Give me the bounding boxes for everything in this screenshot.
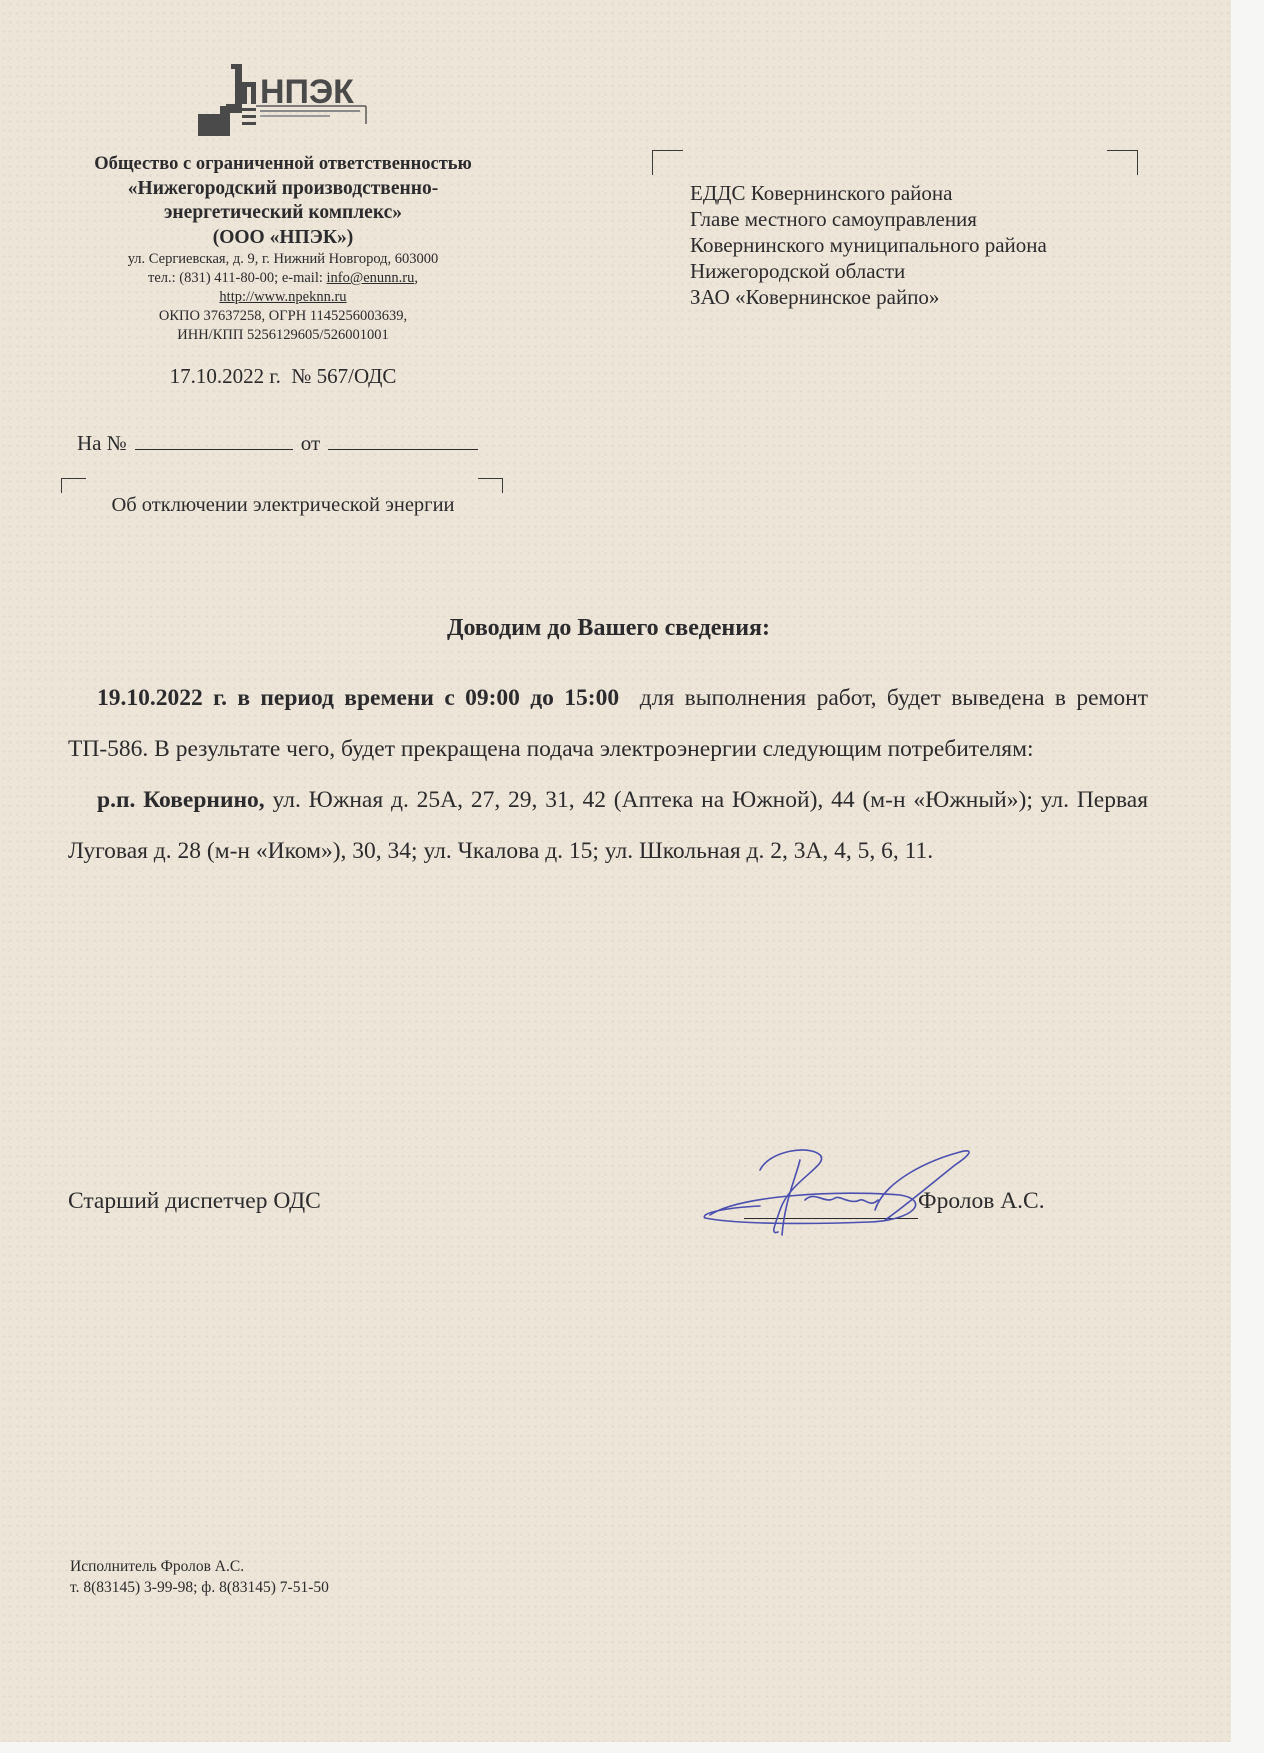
recipient-2: Главе местного самоуправления (690, 206, 1047, 232)
org-line-3: энергетический комплекс» (40, 201, 526, 226)
heading-text: Доводим до Вашего сведения: (447, 615, 770, 641)
recipient-3: Ковернинского муниципального района (690, 232, 1047, 258)
paragraph-consumers: р.п. Ковернино, ул. Южная д. 25А, 27, 29… (68, 775, 1148, 877)
executor-contacts: т. 8(83145) 3-99-98; ф. 8(83145) 7-51-50 (70, 1577, 329, 1598)
executor-info: Исполнитель Фролов А.С. т. 8(83145) 3-99… (70, 1556, 329, 1598)
website-link[interactable]: http://www.npeknn.ru (219, 289, 346, 305)
reference-number-blank (135, 431, 293, 450)
recipient-1: ЕДДС Ковернинского района (690, 180, 1047, 206)
org-phone: тел.: (831) 411-80-00; e-mail: (148, 270, 327, 286)
letter-body: 19.10.2022 г. в период времени с 09:00 д… (68, 673, 1148, 877)
recipient-bracket-right (1107, 150, 1138, 175)
reference-prefix: На № (77, 431, 127, 455)
outgoing-number: 17.10.2022 г. № 567/ОДС (40, 364, 526, 389)
recipient-4: Нижегородской области (690, 258, 1047, 284)
signer-name: Фролов А.С. (918, 1188, 1045, 1215)
org-inn-kpp: ИНН/КПП 5256129605/526001001 (40, 326, 526, 345)
org-phone-email: тел.: (831) 411-80-00; e-mail: info@enun… (40, 269, 526, 288)
org-address: ул. Сергиевская, д. 9, г. Нижний Новгоро… (40, 250, 526, 269)
paragraph-outage-time: 19.10.2022 г. в период времени с 09:00 д… (68, 673, 1148, 775)
email-link[interactable]: info@enunn.ru (327, 270, 415, 286)
recipient-5: ЗАО «Ковернинское райпо» (690, 284, 1047, 310)
executor-name: Исполнитель Фролов А.С. (70, 1556, 329, 1577)
org-okpo-ogrn: ОКПО 37637258, ОГРН 1145256003639, (40, 307, 526, 326)
document-page: НПЭК Общество с ограниченной ответственн… (0, 0, 1231, 1742)
reference-line: На №от (77, 431, 478, 456)
outgoing-reg-number: № 567/ОДС (291, 364, 396, 388)
subject-bracket-left (61, 478, 86, 493)
recipients-block: ЕДДС Ковернинского района Главе местного… (690, 180, 1047, 310)
reference-from-label: от (301, 431, 320, 455)
notice-heading: Доводим до Вашего сведения: (0, 615, 1231, 642)
subject-line: Об отключении электрической энергии (40, 494, 526, 517)
org-line-2: «Нижегородский производственно- (40, 177, 526, 202)
npek-logo-icon: НПЭК (198, 64, 373, 138)
recipient-bracket-left (652, 150, 683, 175)
reference-date-blank (328, 431, 478, 450)
outgoing-date: 17.10.2022 г. (170, 364, 281, 388)
organization-block: Общество с ограниченной ответственностью… (40, 152, 526, 345)
outage-period: 19.10.2022 г. в период времени с 09:00 д… (97, 685, 619, 711)
subject-bracket-right (478, 478, 503, 493)
org-line-1: Общество с ограниченной ответственностью (40, 152, 526, 177)
settlement-name: р.п. Ковернино, (97, 787, 265, 813)
org-short-name: (ООО «НПЭК») (40, 226, 526, 251)
signer-position: Старший диспетчер ОДС (68, 1188, 321, 1215)
punctuation: , (414, 270, 418, 286)
